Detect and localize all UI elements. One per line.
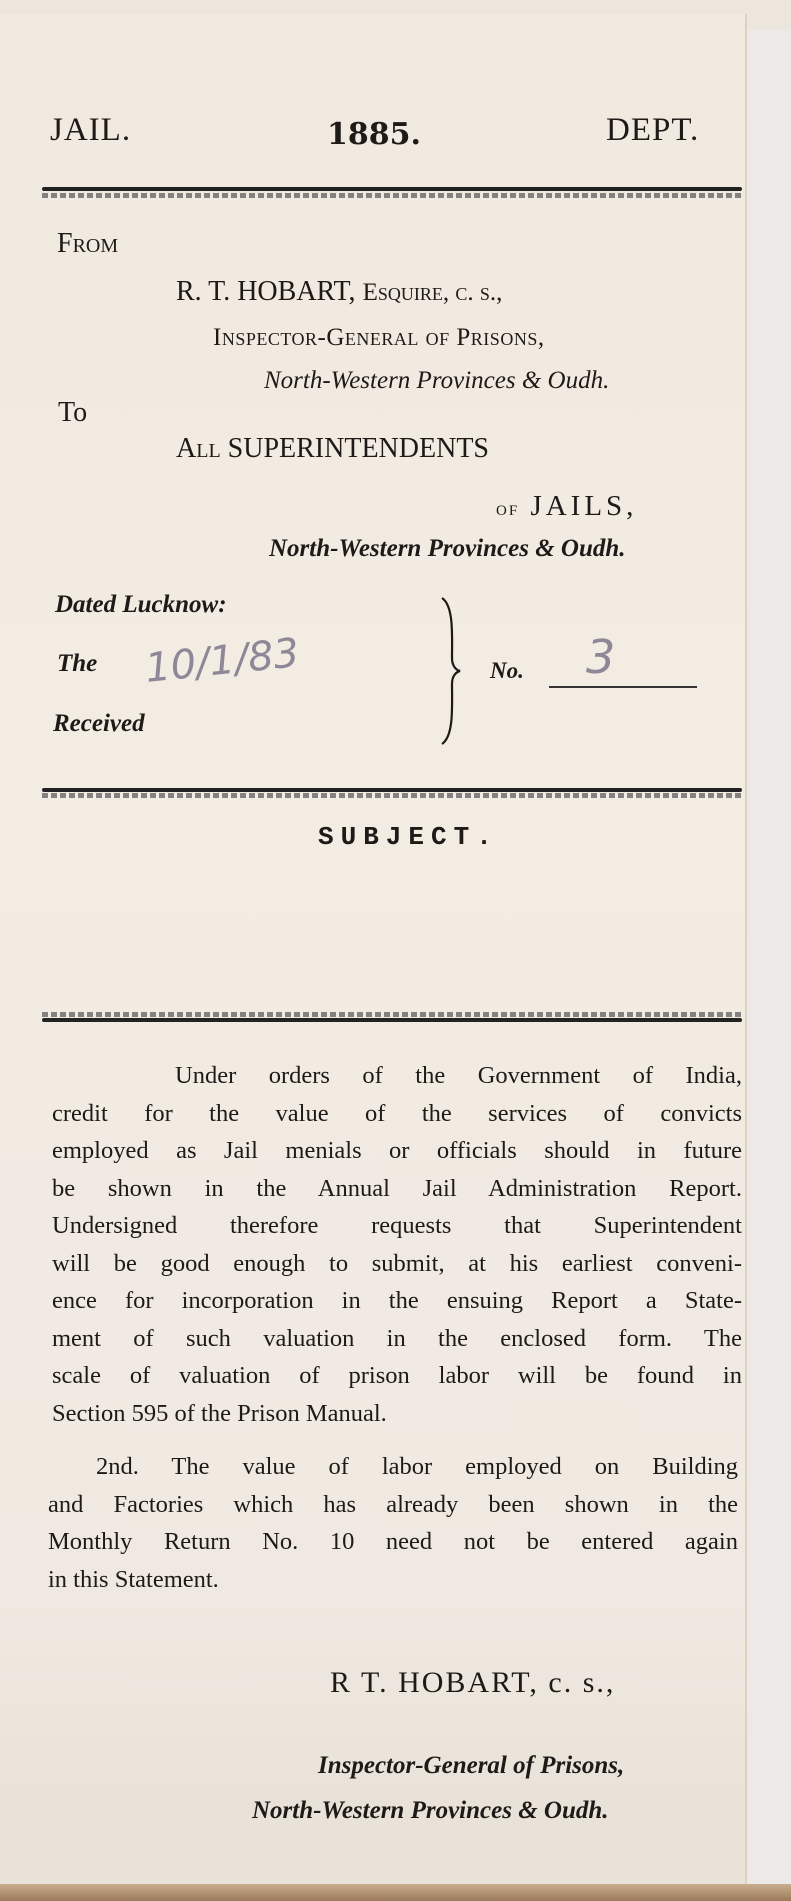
page-bottom-edge: [0, 1884, 791, 1901]
body-line: and Factories which has already been sho…: [48, 1486, 738, 1524]
to-recipient-line2-prefix: of: [496, 495, 519, 520]
from-name: R. T. HOBART, Esquire, c. s.,: [176, 276, 502, 308]
to-recipient-prefix: All: [176, 433, 221, 464]
dated-label: Dated Lucknow:: [55, 591, 227, 619]
subject-top-rule: [42, 788, 742, 792]
the-label: The: [57, 650, 97, 678]
body-line: in this Statement.: [48, 1561, 738, 1599]
header-rule-ornament: [42, 193, 742, 198]
body-line: will be good enough to submit, at his ea…: [52, 1245, 742, 1283]
body-paragraph-1: Under orders of the Government of India,…: [52, 1057, 742, 1432]
signature-name: R T. HOBART, c. s.,: [330, 1666, 615, 1700]
signature-title: Inspector-General of Prisons,: [318, 1752, 624, 1780]
body-line: ment of such valuation in the enclosed f…: [52, 1320, 742, 1358]
body-line: Under orders of the Government of India,: [52, 1057, 742, 1095]
to-region: North-Western Provinces & Oudh.: [269, 535, 626, 563]
subject-bottom-rule-ornament: [42, 1012, 742, 1017]
number-label: No.: [490, 658, 524, 684]
from-name-suffix: Esquire, c. s.,: [363, 279, 503, 306]
from-region: North-Western Provinces & Oudh.: [264, 367, 609, 395]
body-line: ence for incorporation in the ensuing Re…: [52, 1282, 742, 1320]
header-department-right: DEPT.: [606, 112, 699, 149]
brace-icon: [440, 596, 462, 746]
to-label: To: [58, 397, 87, 429]
subject-bottom-rule: [42, 1018, 742, 1022]
from-label: From: [57, 228, 118, 260]
body-line: credit for the value of the services of …: [52, 1095, 742, 1133]
header-rule: [42, 187, 742, 191]
handwritten-number: 3: [586, 630, 615, 684]
number-field-line: [549, 686, 697, 688]
to-recipient-line2: of JAILS,: [496, 490, 637, 523]
page-edge: [747, 30, 791, 1901]
from-title: Inspector-General of Prisons,: [213, 324, 545, 352]
body-line: scale of valuation of prison labor will …: [52, 1357, 742, 1395]
body-line: employed as Jail menials or officials sh…: [52, 1132, 742, 1170]
body-line: Undersigned therefore requests that Supe…: [52, 1207, 742, 1245]
body-line: Section 595 of the Prison Manual.: [52, 1395, 742, 1433]
to-recipient-line2-text: JAILS,: [530, 490, 637, 522]
header-year: 1885.: [327, 117, 421, 152]
body-line: Monthly Return No. 10 need not be entere…: [48, 1523, 738, 1561]
signature-region: North-Western Provinces & Oudh.: [252, 1797, 609, 1825]
body-line: 2nd. The value of labor employed on Buil…: [48, 1448, 738, 1486]
subject-top-rule-ornament: [42, 793, 742, 798]
body-paragraph-2: 2nd. The value of labor employed on Buil…: [48, 1448, 738, 1598]
header-department-left: JAIL.: [50, 112, 131, 149]
body-line: be shown in the Annual Jail Administrati…: [52, 1170, 742, 1208]
from-name-text: R. T. HOBART,: [176, 276, 356, 307]
subject-label: SUBJECT.: [318, 822, 499, 852]
received-label: Received: [53, 710, 145, 738]
to-recipient-text: SUPERINTENDENTS: [228, 433, 489, 464]
to-recipient: All SUPERINTENDENTS: [176, 433, 489, 465]
